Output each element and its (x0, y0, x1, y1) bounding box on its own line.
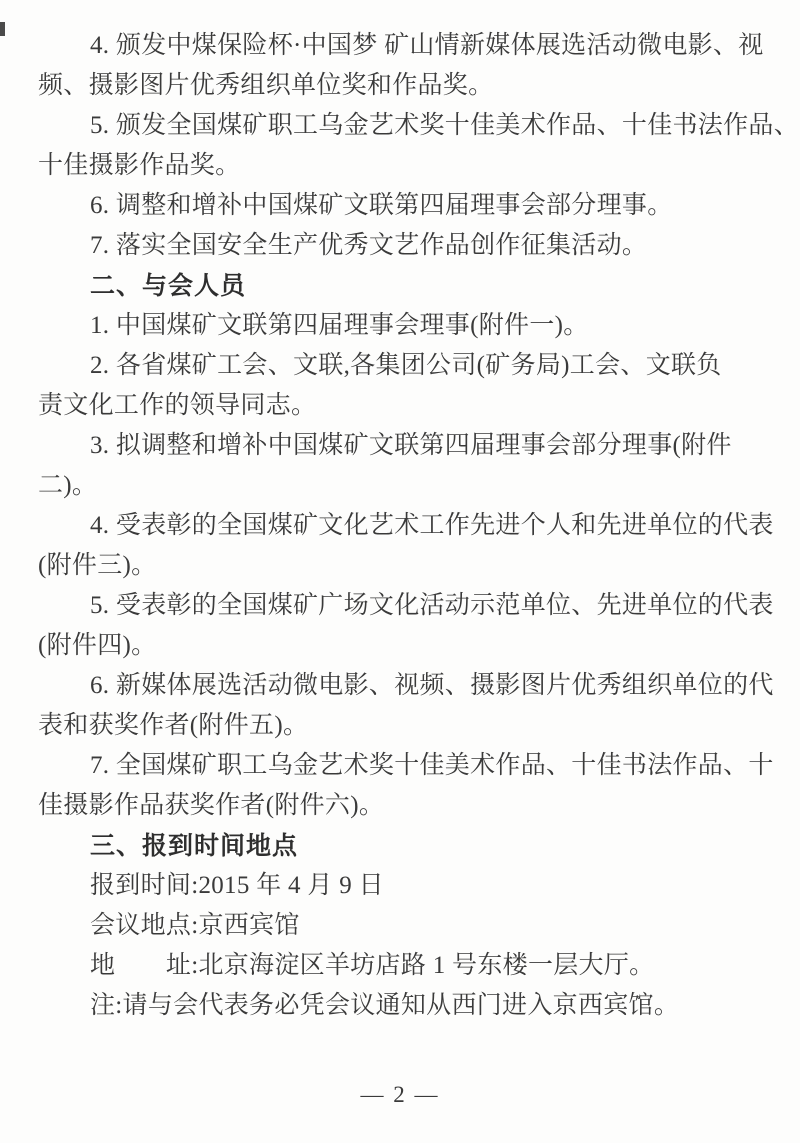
section-heading-attendees: 二、与会人员 (38, 266, 764, 306)
doc-line: 6. 新媒体展选活动微电影、视频、摄影图片优秀组织单位的代 (38, 666, 764, 706)
doc-line: 2. 各省煤矿工会、文联,各集团公司(矿务局)工会、文联负 (38, 346, 764, 386)
document-page: 4. 颁发中煤保险杯·中国梦 矿山情新媒体展选活动微电影、视 频、摄影图片优秀组… (0, 0, 800, 1143)
doc-line: 6. 调整和增补中国煤矿文联第四届理事会部分理事。 (38, 186, 764, 226)
doc-line: 表和获奖作者(附件五)。 (38, 706, 764, 746)
doc-line: 1. 中国煤矿文联第四届理事会理事(附件一)。 (38, 306, 764, 346)
doc-line: 7. 落实全国安全生产优秀文艺作品创作征集活动。 (38, 226, 764, 266)
meeting-venue-line: 会议地点:京西宾馆 (38, 906, 764, 946)
doc-line: (附件四)。 (38, 626, 764, 666)
page-number: — 2 — (0, 1082, 800, 1108)
doc-line: 7. 全国煤矿职工乌金艺术奖十佳美术作品、十佳书法作品、十 (38, 746, 764, 786)
doc-line: 频、摄影图片优秀组织单位奖和作品奖。 (38, 66, 764, 106)
doc-line: 责文化工作的领导同志。 (38, 386, 764, 426)
doc-line: 佳摄影作品获奖作者(附件六)。 (38, 786, 764, 826)
registration-time-line: 报到时间:2015 年 4 月 9 日 (38, 866, 764, 906)
doc-line: 4. 受表彰的全国煤矿文化艺术工作先进个人和先进单位的代表 (38, 506, 764, 546)
address-line: 地 址:北京海淀区羊坊店路 1 号东楼一层大厅。 (38, 946, 764, 986)
doc-line: 4. 颁发中煤保险杯·中国梦 矿山情新媒体展选活动微电影、视 (38, 26, 764, 66)
doc-line: 5. 颁发全国煤矿职工乌金艺术奖十佳美术作品、十佳书法作品、 (38, 106, 764, 146)
section-heading-registration: 三、报到时间地点 (38, 826, 764, 866)
doc-line: 十佳摄影作品奖。 (38, 146, 764, 186)
document-body: 4. 颁发中煤保险杯·中国梦 矿山情新媒体展选活动微电影、视 频、摄影图片优秀组… (38, 26, 764, 1026)
doc-line: 3. 拟调整和增补中国煤矿文联第四届理事会部分理事(附件 (38, 426, 764, 466)
note-line: 注:请与会代表务必凭会议通知从西门进入京西宾馆。 (38, 986, 764, 1026)
doc-line: 5. 受表彰的全国煤矿广场文化活动示范单位、先进单位的代表 (38, 586, 764, 626)
doc-line: 二)。 (38, 466, 764, 506)
scan-edge-artifact (0, 22, 5, 36)
doc-line: (附件三)。 (38, 546, 764, 586)
